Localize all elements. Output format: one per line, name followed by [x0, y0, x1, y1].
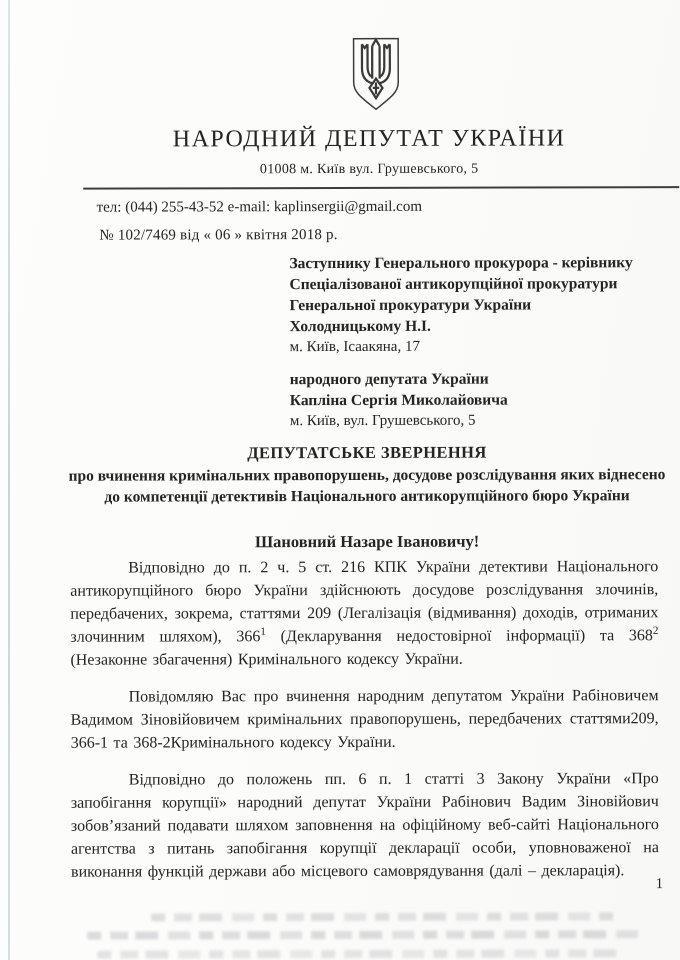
sender-address: м. Київ, вул. Грушевського, 5 [290, 410, 633, 432]
ghost-bleed-line [97, 949, 617, 958]
addressee-line: Заступнику Генерального прокурора - кері… [289, 252, 632, 274]
sender-line: народного депутата України [290, 368, 633, 390]
page-number: 1 [656, 876, 664, 893]
header-address: 01008 м. Київ вул. Грушевського, 5 [69, 161, 669, 179]
ukraine-trident-icon [342, 36, 410, 114]
paragraph-1: Відповідно до п. 2 ч. 5 ст. 216 КПК Укра… [70, 555, 658, 672]
recipient-block: Заступнику Генерального прокурора - кері… [289, 252, 633, 432]
header-divider [83, 186, 679, 190]
org-title: НАРОДНИЙ ДЕПУТАТ УКРАЇНИ [69, 125, 669, 154]
letter-body: Відповідно до п. 2 ч. 5 ст. 216 КПК Укра… [70, 555, 659, 898]
subject-block: ДЕПУТАТСЬКЕ ЗВЕРНЕННЯ про вчинення кримі… [60, 442, 674, 553]
addressee-line: Генеральної прокуратури України [290, 294, 633, 316]
letter-page: НАРОДНИЙ ДЕПУТАТ УКРАЇНИ 01008 м. Київ в… [0, 0, 680, 960]
recipient-gap [290, 357, 633, 369]
paragraph-3: Відповідно до положень пп. 6 п. 1 статті… [71, 767, 659, 884]
document-subtitle: про вчинення кримінальних правопорушень,… [60, 464, 674, 508]
ghost-bleed-line [87, 930, 643, 939]
sender-line: Капліна Сергія Миколайовича [290, 389, 633, 411]
footnote-sup-2: 2 [653, 625, 659, 637]
paragraph-1-text: (Декларування недостовірної інформації) … [266, 627, 653, 645]
header-contact: тел: (044) 255-43-52 e-mail: kaplinsergi… [0, 199, 519, 217]
salutation: Шановний Назаре Івановичу! [60, 531, 674, 553]
paragraph-1-text: (Незаконне збагачення) Кримінального код… [70, 651, 462, 669]
paragraph-2: Повідомляю Вас про вчинення народним деп… [71, 684, 659, 755]
addressee-address: м. Київ, Ісаакяна, 17 [290, 336, 633, 358]
document-title: ДЕПУТАТСЬКЕ ЗВЕРНЕННЯ [60, 442, 674, 464]
reference-number: № 102/7469 від « 06 » квітня 2018 р. [99, 227, 337, 245]
addressee-line: Холодницькому Н.І. [290, 315, 633, 337]
ghost-bleed-line [151, 912, 619, 921]
addressee-line: Спеціалізованої антикорупційної прокурат… [289, 273, 632, 295]
